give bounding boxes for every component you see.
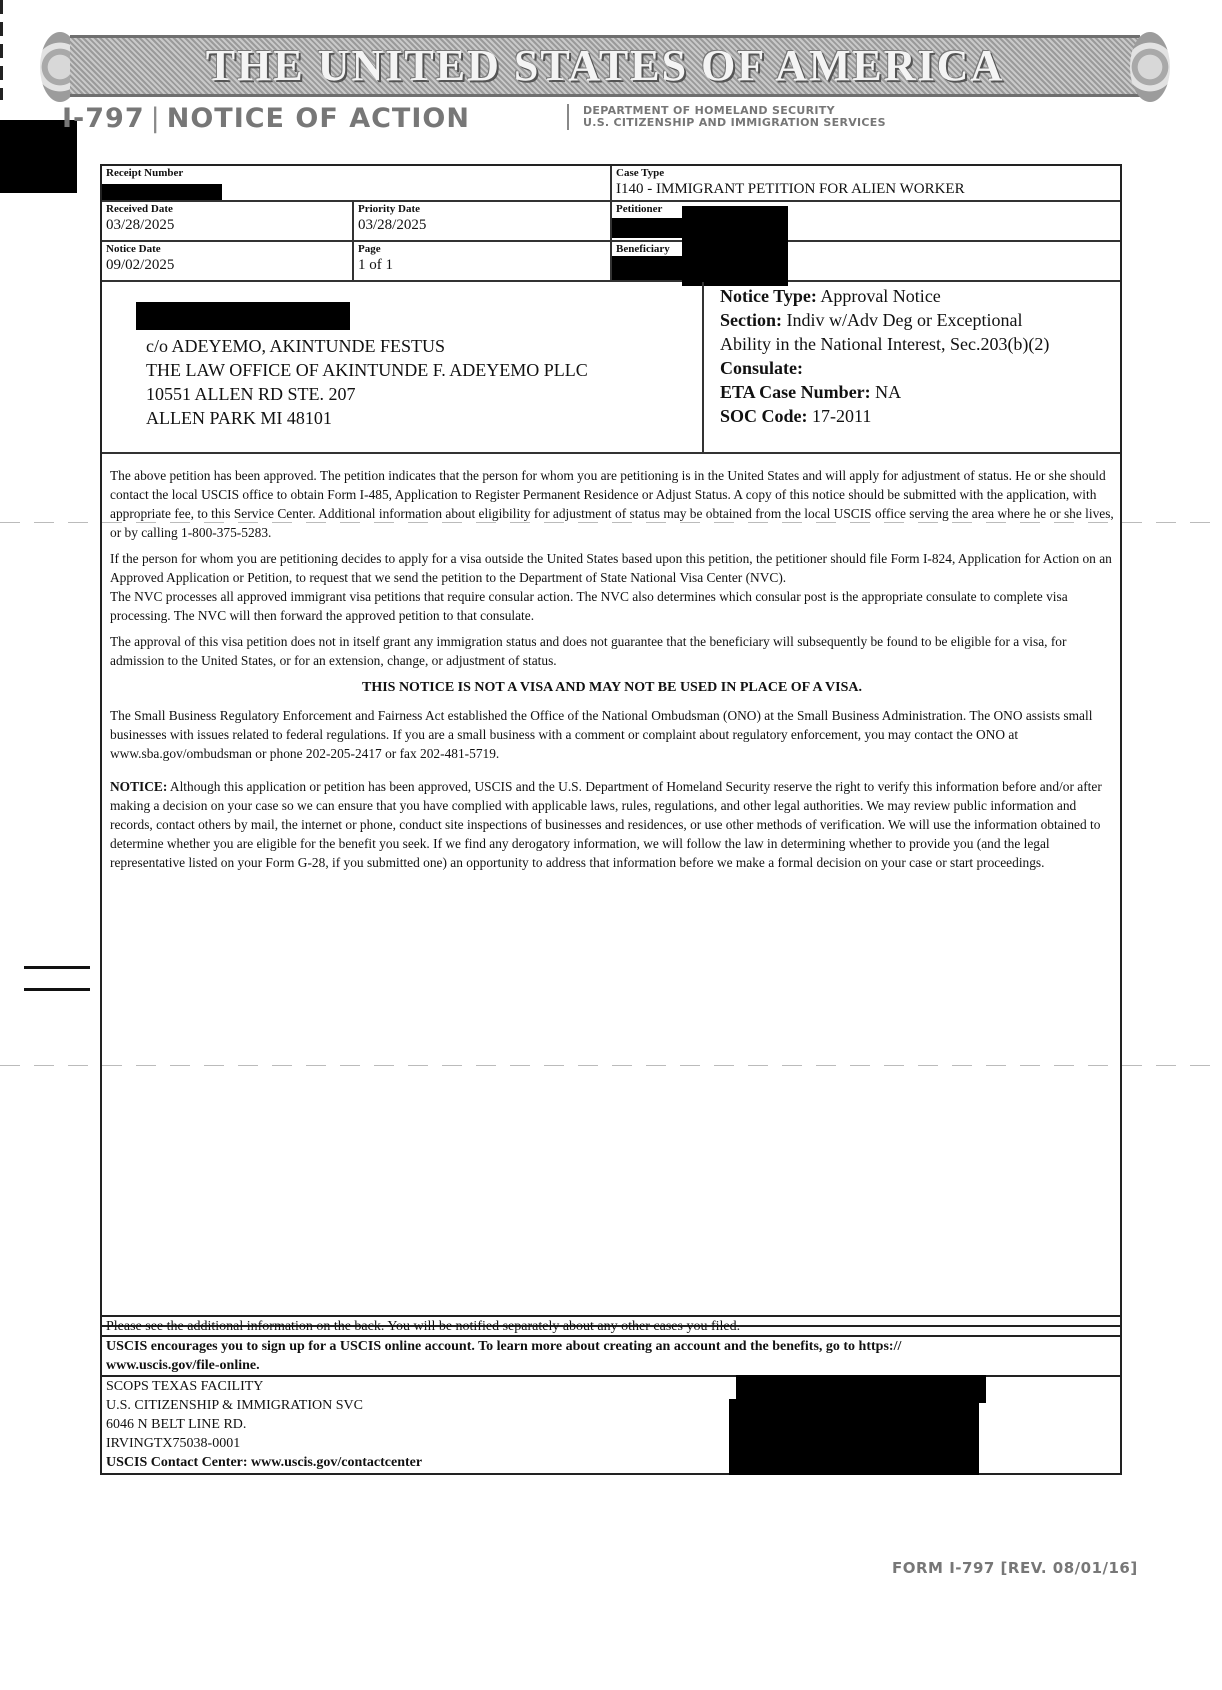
- online-account-link[interactable]: www.uscis.gov/file-online.: [106, 1356, 1116, 1375]
- form-revision: FORM I-797 [REV. 08/01/16]: [892, 1559, 1138, 1577]
- priority-date-cell: Priority Date 03/28/2025: [354, 202, 612, 242]
- notice-type-value: Approval Notice: [820, 286, 940, 306]
- body-paragraph: The Small Business Regulatory Enforcemen…: [110, 706, 1114, 763]
- address-line: ALLEN PARK MI 48101: [146, 406, 588, 430]
- notice-date-label: Notice Date: [106, 243, 161, 255]
- not-a-visa-warning: THIS NOTICE IS NOT A VISA AND MAY NOT BE…: [110, 678, 1114, 697]
- consulate-label: Consulate:: [720, 358, 803, 378]
- notice-date-cell: Notice Date 09/02/2025: [102, 242, 354, 282]
- scan-edge-marks: [0, 0, 3, 100]
- notice-type-label: Notice Type:: [720, 286, 817, 306]
- verification-notice-text: Although this application or petition ha…: [110, 779, 1102, 870]
- online-account-row: USCIS encourages you to sign up for a US…: [100, 1335, 1122, 1377]
- banner-title: THE UNITED STATES OF AMERICA: [90, 42, 1120, 90]
- body-paragraph: The above petition has been approved. Th…: [110, 466, 1114, 542]
- banner: THE UNITED STATES OF AMERICA: [40, 32, 1170, 102]
- barcode-redaction: [729, 1399, 979, 1475]
- case-type-value: I140 - IMMIGRANT PETITION FOR ALIEN WORK…: [616, 181, 965, 197]
- section-value: Indiv w/Adv Deg or Exceptional: [787, 310, 1023, 330]
- eta-case-number-value: NA: [875, 382, 901, 402]
- edge-mark: [24, 966, 90, 969]
- received-date-value: 03/28/2025: [106, 217, 174, 233]
- receipt-number-cell: Receipt Number: [102, 166, 612, 202]
- case-type-cell: Case Type I140 - IMMIGRANT PETITION FOR …: [612, 166, 1120, 202]
- body-paragraph: The NVC processes all approved immigrant…: [110, 587, 1114, 625]
- eta-case-number-label: ETA Case Number:: [720, 382, 871, 402]
- notice-date-value: 09/02/2025: [106, 257, 174, 273]
- case-type-label: Case Type: [616, 167, 664, 179]
- mailing-address-block: c/o ADEYEMO, AKINTUNDE FESTUS THE LAW OF…: [102, 282, 704, 454]
- section-value-continued: Ability in the National Interest, Sec.20…: [720, 332, 1049, 356]
- agency-line-2: U.S. CITIZENSHIP AND IMMIGRATION SERVICE…: [583, 117, 886, 129]
- petitioner-label: Petitioner: [616, 203, 662, 215]
- page-value: 1 of 1: [358, 257, 393, 273]
- form-title: NOTICE OF ACTION: [167, 103, 470, 134]
- receipt-number-redaction: [102, 184, 222, 200]
- notice-info-block: Notice Type: Approval Notice Section: In…: [704, 282, 1120, 454]
- verification-notice: NOTICE: Although this application or pet…: [110, 777, 1114, 872]
- beneficiary-cell: Beneficiary: [612, 242, 1120, 282]
- beneficiary-redaction: [682, 242, 788, 286]
- heading-divider: [567, 104, 569, 130]
- soc-code-label: SOC Code:: [720, 406, 808, 426]
- notice-body: The above petition has been approved. Th…: [110, 466, 1114, 879]
- page-cell: Page 1 of 1: [354, 242, 612, 282]
- online-account-text: USCIS encourages you to sign up for a US…: [106, 1337, 1116, 1356]
- received-date-label: Received Date: [106, 203, 173, 215]
- edge-mark: [24, 988, 90, 991]
- beneficiary-redaction: [612, 256, 682, 280]
- additional-info-text: Please see the additional information on…: [106, 1319, 740, 1334]
- service-center-row: SCOPS TEXAS FACILITY U.S. CITIZENSHIP & …: [100, 1375, 1122, 1475]
- petitioner-redaction: [682, 206, 788, 244]
- mailing-address: c/o ADEYEMO, AKINTUNDE FESTUS THE LAW OF…: [146, 334, 588, 430]
- address-line: 10551 ALLEN RD STE. 207: [146, 382, 588, 406]
- priority-date-value: 03/28/2025: [358, 217, 426, 233]
- body-paragraph: The approval of this visa petition does …: [110, 632, 1114, 670]
- priority-date-label: Priority Date: [358, 203, 420, 215]
- notice-label: NOTICE:: [110, 779, 167, 794]
- petitioner-redaction: [612, 218, 682, 238]
- page-label: Page: [358, 243, 381, 255]
- recipient-name-redaction: [136, 302, 350, 330]
- form-heading: I-797|NOTICE OF ACTION: [62, 103, 470, 134]
- notice-info: Notice Type: Approval Notice Section: In…: [720, 284, 1049, 428]
- additional-info-row: Please see the additional information on…: [100, 1315, 1122, 1337]
- soc-code-value: 17-2011: [812, 406, 871, 426]
- address-line: THE LAW OFFICE OF AKINTUNDE F. ADEYEMO P…: [146, 358, 588, 382]
- received-date-cell: Received Date 03/28/2025: [102, 202, 354, 242]
- form-number: I-797: [62, 103, 145, 134]
- body-paragraph: If the person for whom you are petitioni…: [110, 549, 1114, 587]
- receipt-number-label: Receipt Number: [106, 167, 183, 179]
- agency-name: DEPARTMENT OF HOMELAND SECURITY U.S. CIT…: [583, 105, 886, 129]
- address-line: c/o ADEYEMO, AKINTUNDE FESTUS: [146, 334, 588, 358]
- section-label: Section:: [720, 310, 782, 330]
- petitioner-cell: Petitioner: [612, 202, 1120, 242]
- rosette-ornament-right: [1130, 32, 1170, 102]
- beneficiary-label: Beneficiary: [616, 243, 670, 255]
